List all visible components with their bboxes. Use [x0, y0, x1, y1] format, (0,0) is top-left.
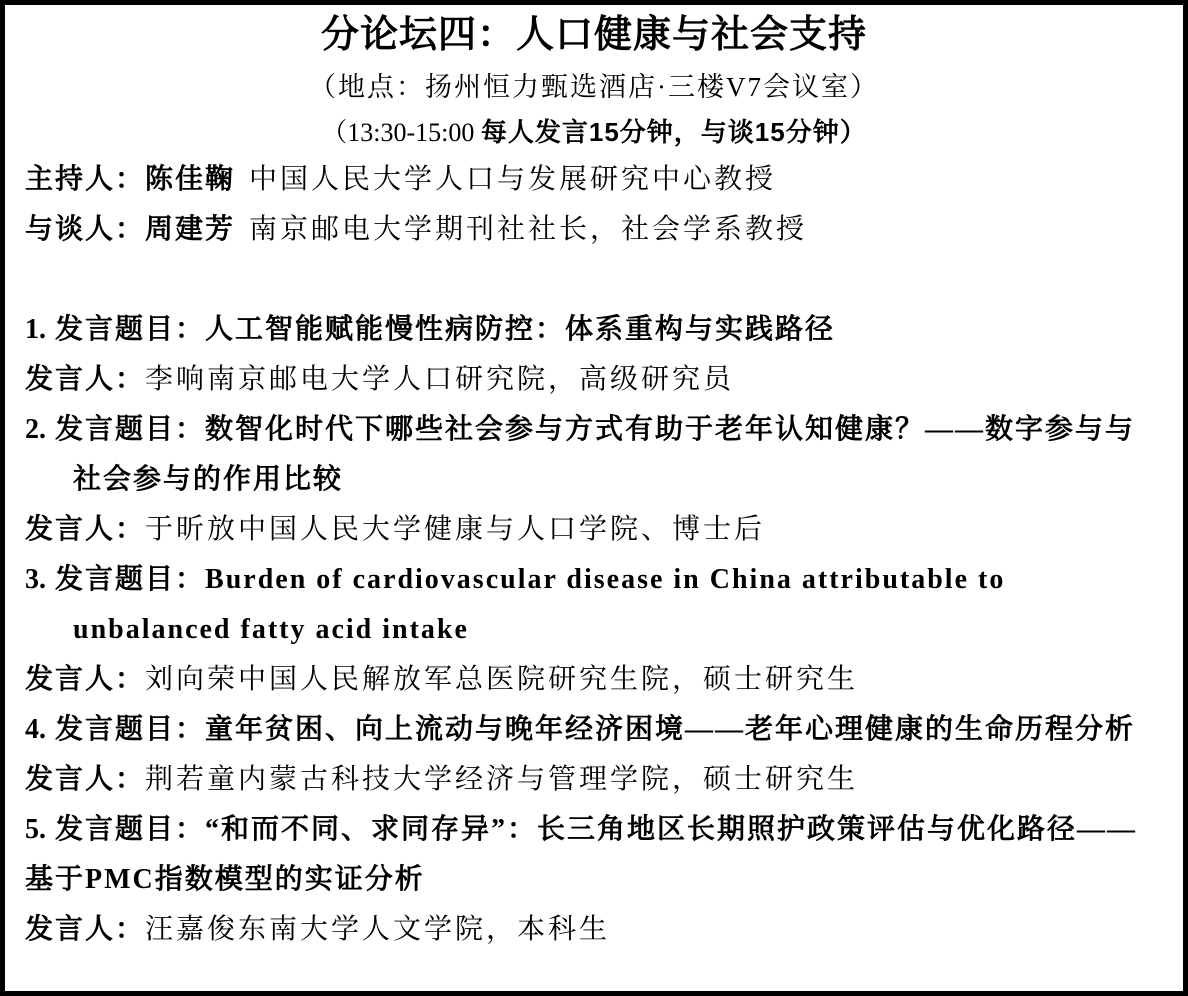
talk-item-4: 4.发言题目：童年贫困、向上流动与晚年经济困境——老年心理健康的生命历程分析 发… — [25, 705, 1163, 805]
talk-title-line: 1.发言题目：人工智能赋能慢性病防控：体系重构与实践路径 — [25, 305, 1163, 355]
discussant-name: 周建芳 — [145, 214, 235, 245]
speaker-line: 发言人：刘向荣中国人民解放军总医院研究生院，硕士研究生 — [25, 655, 1163, 705]
talk-title-label: 发言题目： — [55, 414, 205, 445]
talk-title-label: 发言题目： — [55, 814, 205, 845]
discussant-label: 与谈人： — [25, 214, 145, 245]
discussant-line: 与谈人：周建芳南京邮电大学期刊社社长，社会学系教授 — [25, 205, 1163, 255]
time-rules: 每人发言15分钟，与谈15分钟） — [481, 117, 867, 147]
talk-title: 数智化时代下哪些社会参与方式有助于老年认知健康？——数字参与与社会参与的作用比较 — [73, 414, 1135, 495]
host-label: 主持人： — [25, 164, 145, 195]
host-affiliation: 中国人民大学人口与发展研究中心教授 — [249, 164, 776, 195]
speaker-line: 发言人：荆若童内蒙古科技大学经济与管理学院，硕士研究生 — [25, 755, 1163, 805]
speaker-name-affiliation: 荆若童内蒙古科技大学经济与管理学院，硕士研究生 — [145, 764, 858, 795]
location-line: （地点：扬州恒力甄选酒店·三楼V7会议室） — [25, 65, 1163, 110]
talk-item-1: 1.发言题目：人工智能赋能慢性病防控：体系重构与实践路径 发言人：李响南京邮电大… — [25, 305, 1163, 405]
blank-line — [25, 255, 1163, 305]
speaker-name-affiliation: 汪嘉俊东南大学人文学院，本科生 — [145, 914, 610, 945]
program-table-cell: 分论坛四：人口健康与社会支持 （地点：扬州恒力甄选酒店·三楼V7会议室） （13… — [0, 0, 1188, 996]
talk-title-label: 发言题目： — [55, 564, 205, 595]
speaker-line: 发言人：于昕放中国人民大学健康与人口学院、博士后 — [25, 505, 1163, 555]
item-number: 3. — [25, 564, 46, 595]
host-line: 主持人：陈佳鞠中国人民大学人口与发展研究中心教授 — [25, 155, 1163, 205]
item-number: 5. — [25, 814, 46, 845]
talk-title-line: 4.发言题目：童年贫困、向上流动与晚年经济困境——老年心理健康的生命历程分析 — [25, 705, 1163, 755]
talk-title-line: 2.发言题目：数智化时代下哪些社会参与方式有助于老年认知健康？——数字参与与社会… — [25, 405, 1163, 505]
talk-title-label: 发言题目： — [55, 714, 205, 745]
speaker-label: 发言人： — [25, 664, 145, 695]
speaker-line: 发言人：汪嘉俊东南大学人文学院，本科生 — [25, 905, 1163, 955]
speaker-name-affiliation: 李响南京邮电大学人口研究院，高级研究员 — [145, 364, 734, 395]
speaker-line: 发言人：李响南京邮电大学人口研究院，高级研究员 — [25, 355, 1163, 405]
time-line: （13:30-15:00 每人发言15分钟，与谈15分钟） — [25, 110, 1163, 155]
item-number: 1. — [25, 314, 46, 345]
talk-title: Burden of cardiovascular disease in Chin… — [73, 564, 1005, 645]
speaker-label: 发言人： — [25, 514, 145, 545]
speaker-name-affiliation: 刘向荣中国人民解放军总医院研究生院，硕士研究生 — [145, 664, 858, 695]
talk-item-3: 3.发言题目：Burden of cardiovascular disease … — [25, 555, 1163, 705]
talk-title: 童年贫困、向上流动与晚年经济困境——老年心理健康的生命历程分析 — [205, 714, 1135, 745]
item-number: 2. — [25, 414, 46, 445]
host-name: 陈佳鞠 — [145, 164, 235, 195]
talk-title-line: 5.发言题目：“和而不同、求同存异”：长三角地区长期照护政策评估与优化路径——基… — [25, 805, 1163, 905]
speaker-label: 发言人： — [25, 364, 145, 395]
talk-title-label: 发言题目： — [55, 314, 205, 345]
speaker-name-affiliation: 于昕放中国人民大学健康与人口学院、博士后 — [145, 514, 765, 545]
discussant-affiliation: 南京邮电大学期刊社社长，社会学系教授 — [249, 214, 807, 245]
speaker-label: 发言人： — [25, 764, 145, 795]
talk-item-5: 5.发言题目：“和而不同、求同存异”：长三角地区长期照护政策评估与优化路径——基… — [25, 805, 1163, 955]
talk-title: 人工智能赋能慢性病防控：体系重构与实践路径 — [205, 314, 835, 345]
item-number: 4. — [25, 714, 46, 745]
time-range: （13:30-15:00 — [321, 118, 481, 147]
talk-title-line: 3.发言题目：Burden of cardiovascular disease … — [25, 555, 1163, 655]
page-title: 分论坛四：人口健康与社会支持 — [25, 5, 1163, 65]
speaker-label: 发言人： — [25, 914, 145, 945]
talk-item-2: 2.发言题目：数智化时代下哪些社会参与方式有助于老年认知健康？——数字参与与社会… — [25, 405, 1163, 555]
